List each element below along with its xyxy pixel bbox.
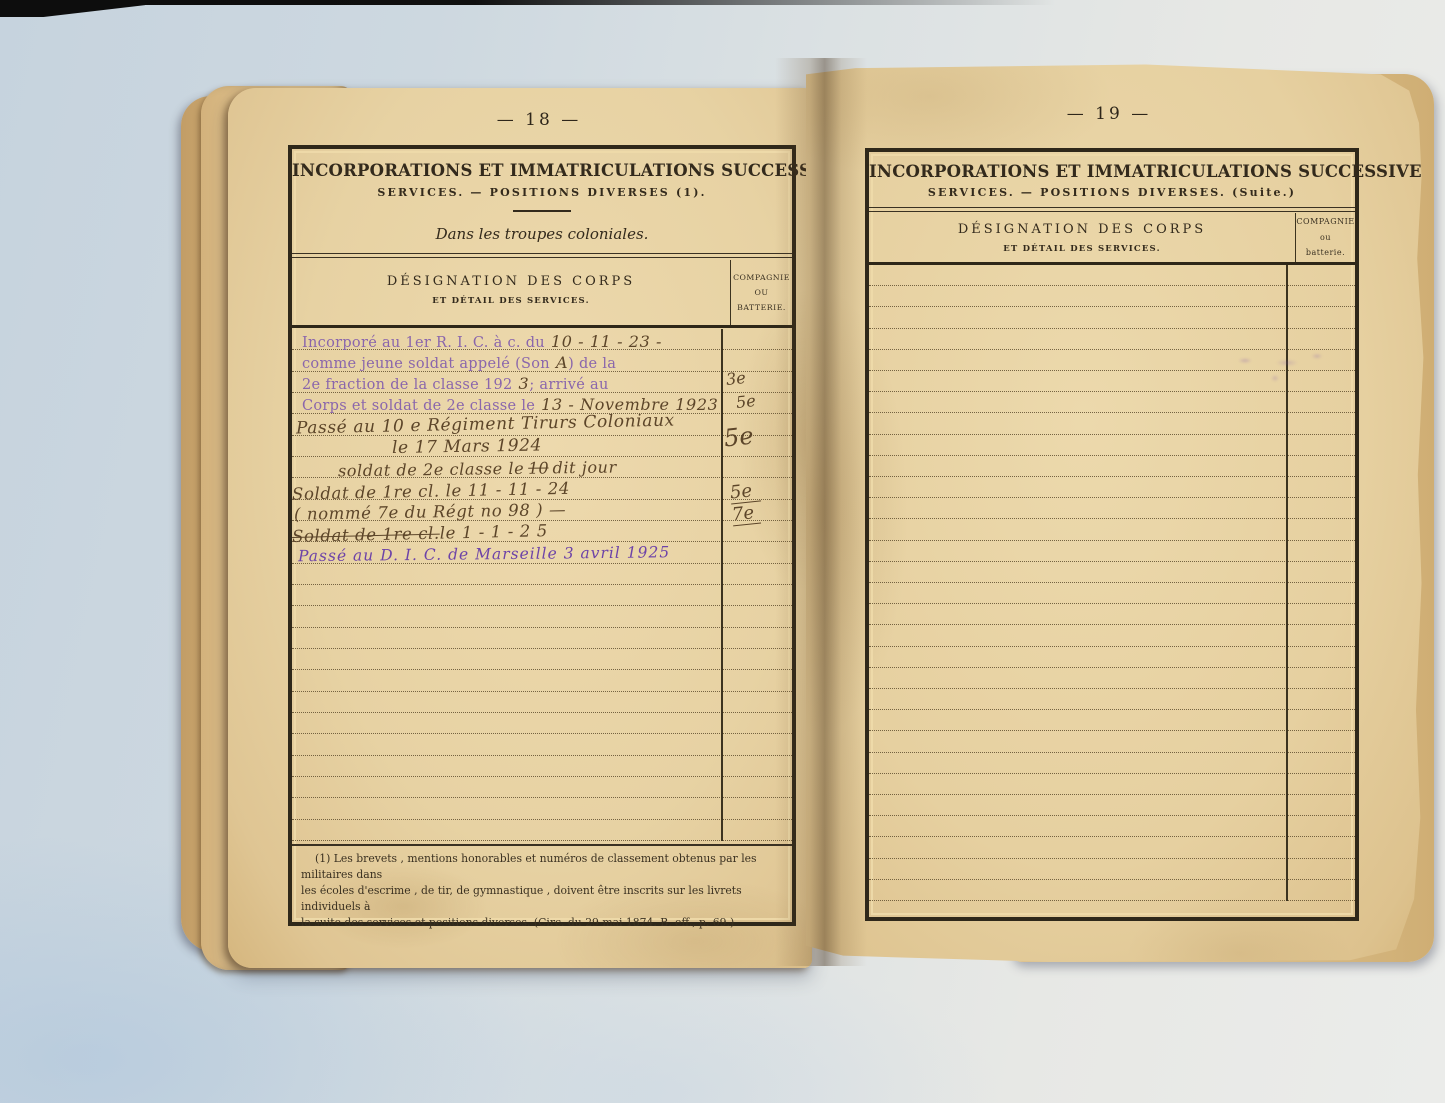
table-body (869, 265, 1355, 901)
column-header-company: COMPAGNIE ou batterie. (1295, 213, 1355, 262)
ruled-line (869, 498, 1355, 519)
entry-row: 2e fraction de la classe 192 3 ; arrivé … (292, 371, 728, 394)
page-subtitle: SERVICES. — POSITIONS DIVERSES (1). (292, 186, 792, 199)
footnote-rule (292, 844, 792, 846)
table-body: Incorporé au 1er R. I. C. à c. du 10 - 1… (292, 329, 792, 841)
ruled-line (869, 413, 1355, 434)
footnote-line: les écoles d'escrime , de tir, de gymnas… (301, 883, 783, 915)
table-header: DÉSIGNATION DES CORPS ET DÉTAIL DES SERV… (292, 260, 792, 325)
ruled-line (869, 286, 1355, 307)
ruled-line (869, 668, 1355, 689)
page-19: — 19 — INCORPORATIONS ET IMMATRICULATION… (806, 60, 1424, 962)
page-title: INCORPORATIONS ET IMMATRICULATIONS SUCCE… (869, 162, 1355, 181)
page-title: INCORPORATIONS ET IMMATRICULATIONS SUCCE… (292, 161, 792, 180)
ruled-line (869, 307, 1355, 328)
ruled-line (869, 519, 1355, 540)
ruled-line (869, 265, 1355, 286)
page-18: — 18 — INCORPORATIONS ET IMMATRICULATION… (228, 88, 812, 968)
ruled-line (869, 837, 1355, 858)
stamp-text: comme jeune soldat appelé (Son (302, 356, 550, 372)
ruled-line (869, 774, 1355, 795)
double-rule (869, 207, 1355, 212)
ruled-line (869, 710, 1355, 731)
table-frame: INCORPORATIONS ET IMMATRICULATIONS SUCCE… (865, 148, 1359, 921)
stamp-text: Incorporé au 1er R. I. C. à c. du (302, 335, 545, 351)
table-header: DÉSIGNATION DES CORPS ET DÉTAIL DES SERV… (869, 213, 1355, 262)
column-header-designation: DÉSIGNATION DES CORPS (292, 274, 730, 289)
ruled-line (869, 689, 1355, 710)
section-note: Dans les troupes coloniales. (292, 225, 792, 243)
ruled-line (869, 329, 1355, 350)
scanner-edge-bar (0, 0, 1055, 5)
ruled-line (869, 753, 1355, 774)
ruled-line (869, 392, 1355, 413)
page-number: — 19 — (865, 104, 1353, 124)
handwritten-text: 3 (519, 374, 530, 393)
ruled-line (869, 795, 1355, 816)
header-rule (292, 325, 792, 328)
ruled-line (869, 880, 1355, 901)
ruled-line (869, 456, 1355, 477)
handwritten-text: le 17 Mars 1924 (392, 435, 542, 458)
ruled-line (869, 859, 1355, 880)
footnote: (1) Les brevets , mentions honorables et… (292, 848, 792, 931)
ruled-line (869, 541, 1355, 562)
stamp-text: ) de la (568, 356, 616, 372)
footnote-line: (1) Les brevets , mentions honorables et… (301, 851, 783, 883)
handwritten-text: le 1 - 1 - 2 5 (440, 521, 548, 542)
ruled-line (869, 647, 1355, 668)
divider-rule (513, 210, 571, 212)
struck-text: 10 (528, 458, 549, 477)
ruled-line (869, 350, 1355, 371)
ruled-line (869, 625, 1355, 646)
company-value: 7e (731, 502, 761, 527)
ruled-line (869, 731, 1355, 752)
handwritten-text: A (556, 353, 568, 372)
column-divider (1286, 265, 1288, 901)
column-header-company: COMPAGNIE OU BATTERIE. (730, 260, 792, 325)
column-header-detail: ET DÉTAIL DES SERVICES. (869, 244, 1295, 254)
ruled-line (869, 371, 1355, 392)
ruled-line (869, 435, 1355, 456)
footnote-line: la suite des services et positions diver… (301, 915, 783, 931)
stamp-text: 2e fraction de la classe 192 (302, 377, 513, 393)
service-entries: Incorporé au 1er R. I. C. à c. du 10 - 1… (292, 329, 792, 841)
entry-row: comme jeune soldat appelé (Son A ) de la (292, 350, 728, 373)
table-frame: INCORPORATIONS ET IMMATRICULATIONS SUCCE… (288, 145, 796, 926)
column-header-designation: DÉSIGNATION DES CORPS (869, 222, 1295, 237)
company-value: 5e (729, 479, 761, 504)
page-number: — 18 — (288, 110, 790, 130)
ruled-line (869, 562, 1355, 583)
entry-row: Passé au D. I. C. de Marseille 3 avril 1… (292, 539, 728, 567)
scanned-booklet-scene: — 18 — INCORPORATIONS ET IMMATRICULATION… (0, 0, 1445, 1103)
handwritten-text: 10 - 11 - 23 - (551, 332, 662, 351)
page-subtitle: SERVICES. — POSITIONS DIVERSES. (Suite.) (869, 186, 1355, 199)
company-value: 5e (735, 391, 757, 412)
company-value: 3e (725, 368, 747, 389)
scanner-edge-corner (0, 0, 145, 17)
stamp-text: ; arrivé au (529, 377, 608, 393)
company-value: 5e (723, 422, 755, 453)
ruled-line (869, 816, 1355, 837)
double-rule (292, 253, 792, 258)
column-header-detail: ET DÉTAIL DES SERVICES. (292, 296, 730, 306)
ruled-line (869, 477, 1355, 498)
ruled-lines (869, 265, 1355, 901)
purple-handwritten-text: Passé au D. I. C. de Marseille 3 avril 1… (298, 543, 670, 565)
ruled-line (869, 583, 1355, 604)
ruled-line (869, 604, 1355, 625)
entry-row: Incorporé au 1er R. I. C. à c. du 10 - 1… (292, 329, 728, 352)
